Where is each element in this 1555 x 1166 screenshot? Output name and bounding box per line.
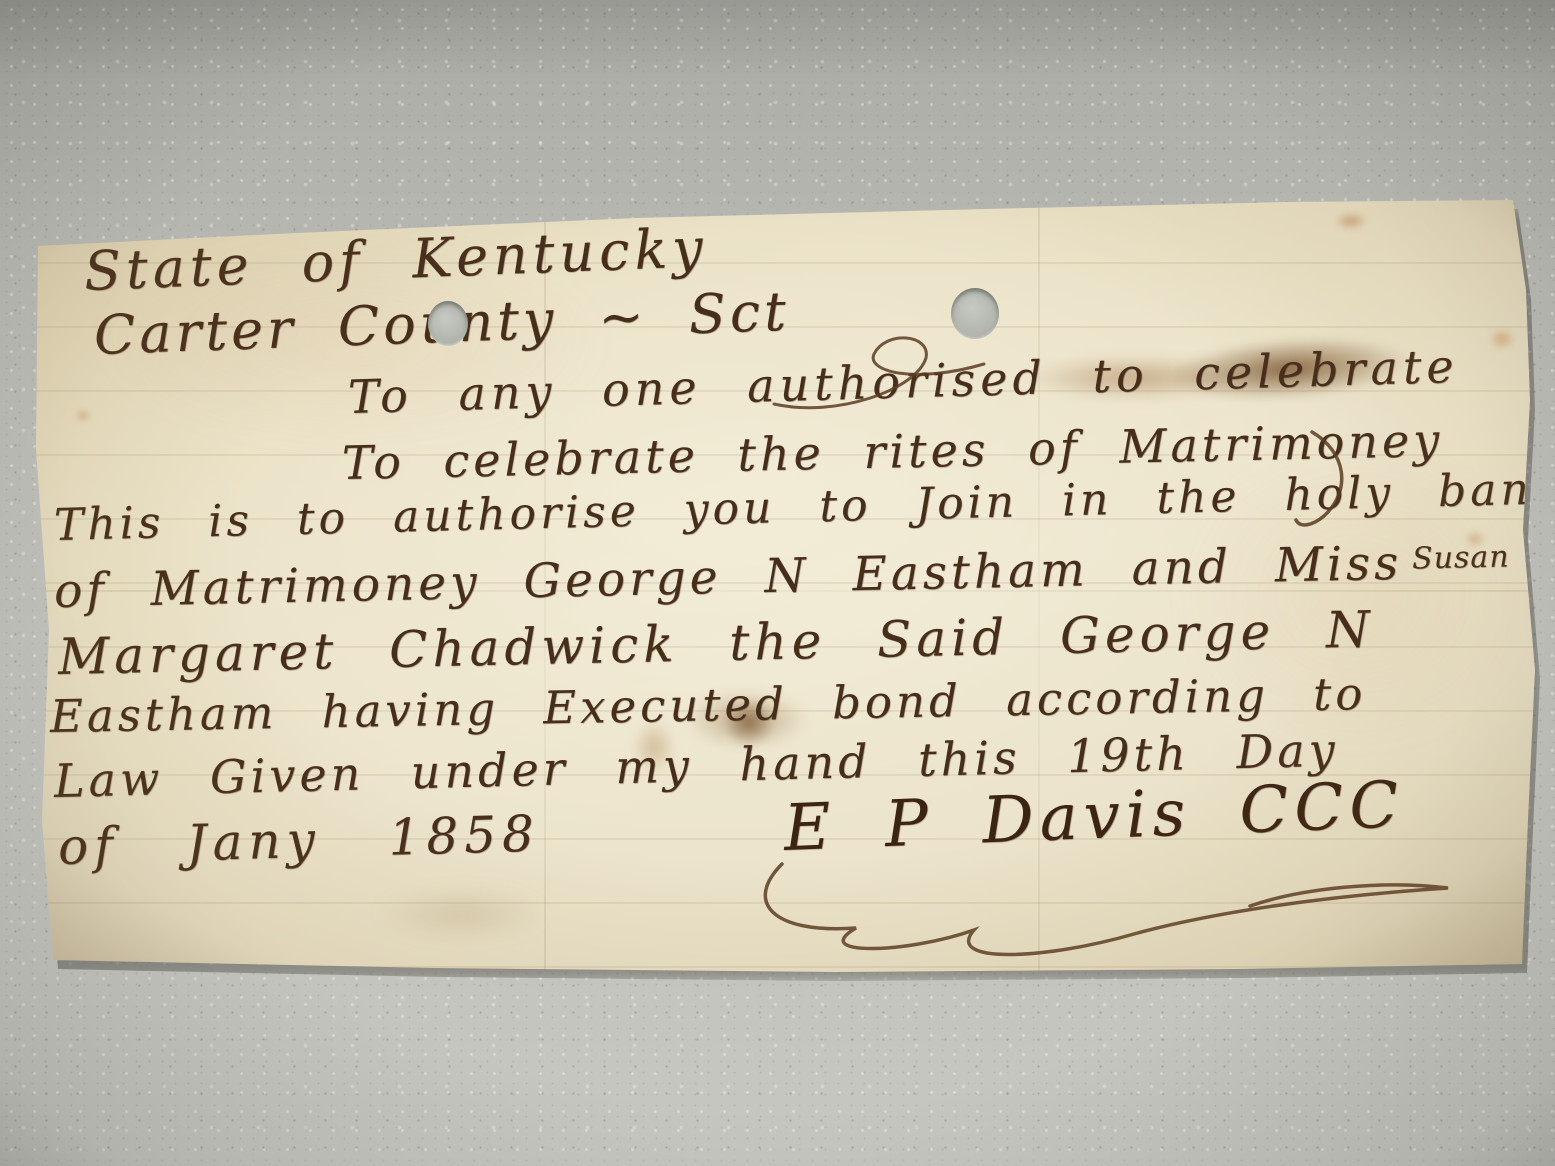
foxing-spot [74,408,92,423]
doc-line-names-susan: Susan [1412,540,1510,577]
signature-flourish [736,850,1496,960]
punch-hole-right [951,288,999,339]
paper-document: State of Kentucky Carter County ~ Sct To… [36,200,1540,972]
punch-hole-left [428,301,468,346]
doc-line-year: of Jany 1858 [57,805,540,876]
foxing-spot [1334,212,1368,230]
foxing-spot [1488,328,1516,350]
stain [374,888,549,940]
photo-surface: State of Kentucky Carter County ~ Sct To… [0,0,1555,1166]
